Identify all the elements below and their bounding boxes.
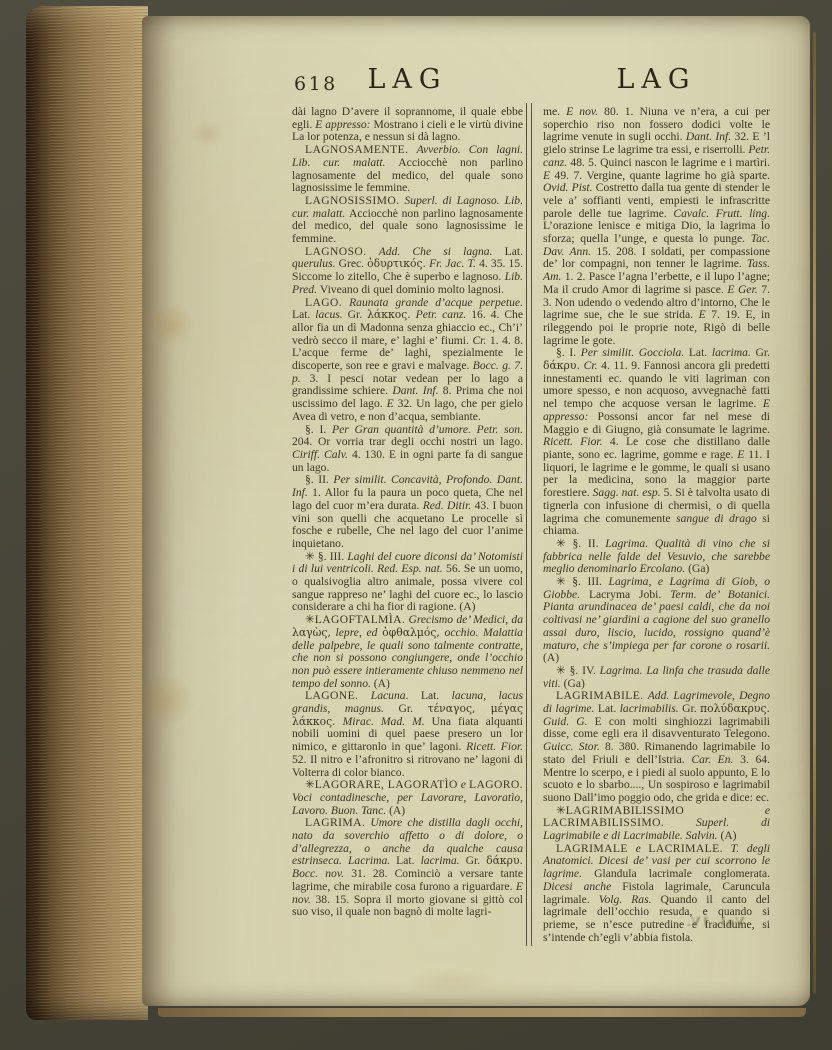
stacked-page-edges (26, 6, 148, 1020)
running-head-left: LAG (292, 64, 523, 95)
dictionary-entry: me. E nov. 80. 1. Niuna ve n’era, a cui … (543, 106, 770, 347)
foxing-stain (146, 304, 196, 346)
text-column-left: dài lagno D’avere il soprannome, il qual… (292, 106, 523, 919)
dictionary-entry: LAGRIMABILE. Add. Lagrimevole, Degno di … (543, 690, 770, 804)
dictionary-entry: dài lagno D’avere il soprannome, il qual… (292, 106, 523, 144)
dictionary-entry: ✳ §. II. Lagrima. Qualità di vino che si… (543, 538, 770, 576)
column-divider-rule (526, 103, 532, 946)
dictionary-entry: LAGONE. Lacuna. Lat. lacuna, lacus grand… (292, 690, 523, 779)
bottom-page-edges (158, 1008, 806, 1017)
text-column-right: me. E nov. 80. 1. Niuna ve n’era, a cui … (543, 106, 770, 944)
dictionary-entry: LAGNOSISSIMO. Superl. di Lagnoso. Lib. c… (292, 195, 523, 246)
fore-edge-line (813, 32, 816, 994)
dictionary-entry: ✳LAGOFTALMÌA. Grecismo de’ Medici, da λα… (292, 614, 523, 690)
show-through-text: Vol. IV. (640, 915, 790, 931)
foxing-stain (190, 120, 224, 148)
dictionary-entry: ✳ §. IV. Lagrima. La linfa che trasuda d… (543, 665, 770, 690)
dictionary-entry: LAGNOSO. Add. Che si lagna. Lat. querulu… (292, 246, 523, 297)
running-head-right: LAG (543, 64, 770, 95)
foxing-stain (408, 968, 498, 994)
dictionary-entry: §. I. Per similit. Gocciola. Lat. lacrim… (543, 347, 770, 538)
dictionary-entry: LAGO. Raunata grande d’acque perpetue. L… (292, 297, 523, 424)
foxing-stain (136, 674, 196, 726)
book-page: 618 LAG LAG dài lagno D’avere il soprann… (142, 16, 810, 1006)
scanned-book-photo: 618 LAG LAG dài lagno D’avere il soprann… (0, 0, 832, 1050)
dictionary-entry: §. I. Per Gran quantità d’umore. Petr. s… (292, 424, 523, 475)
dictionary-entry: ✳LAGRIMABILISSIMO e LACRIMABILISSIMO. Su… (543, 805, 770, 843)
dictionary-entry: ✳ §. III. Lagrima, e Lagrima di Giob, o … (543, 576, 770, 665)
dictionary-entry: LAGNOSAMENTE. Avverbio. Con lagni. Lib. … (292, 144, 523, 195)
dictionary-entry: §. II. Per similit. Concavità, Profondo.… (292, 474, 523, 550)
dictionary-entry: ✳ §. III. Laghi del cuore diconsi da’ No… (292, 551, 523, 615)
dictionary-entry: LAGRIMA. Umore che distilla dagli occhi,… (292, 817, 523, 919)
dictionary-entry: ✳LAGORARE, LAGORATÌO e LAGORO. Voci cont… (292, 779, 523, 817)
